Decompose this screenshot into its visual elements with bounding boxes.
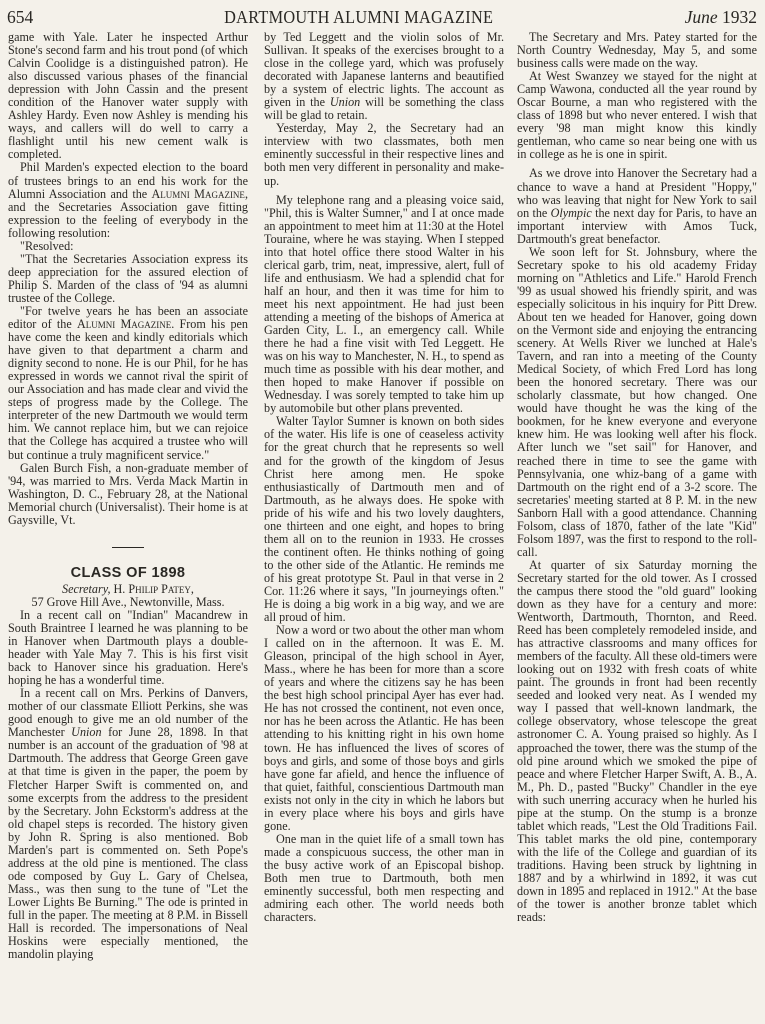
paragraph: As we drove into Hanover the Secretary h… xyxy=(517,167,757,245)
paragraph: game with Yale. Later he inspected Arthu… xyxy=(8,31,248,161)
paragraph: "For twelve years he has been an associa… xyxy=(8,305,248,462)
newspaper-name: Union xyxy=(71,725,101,739)
paragraph: Phil Marden's expected election to the b… xyxy=(8,161,248,239)
secretary-name: H. Philip Patey, xyxy=(114,582,194,596)
newspaper-name: Union xyxy=(330,95,360,109)
column-2: by Ted Leggett and the violin solos of M… xyxy=(264,31,504,924)
issue-date: June 1932 xyxy=(685,7,757,28)
column-1: game with Yale. Later he inspected Arthu… xyxy=(8,31,248,961)
paragraph: "That the Secretaries Association expres… xyxy=(8,253,248,305)
section-divider xyxy=(112,547,144,548)
paragraph: At West Swanzey we stayed for the night … xyxy=(517,70,757,161)
paragraph: At quarter of six Saturday morning the S… xyxy=(517,559,757,924)
paragraph: by Ted Leggett and the violin solos of M… xyxy=(264,31,504,122)
running-header: 654 DARTMOUTH ALUMNI MAGAZINE June 1932 xyxy=(7,2,757,32)
page-number: 654 xyxy=(7,7,33,28)
secretary-line: Secretary, H. Philip Patey, xyxy=(8,583,248,596)
paragraph: In a recent call on Mrs. Perkins of Danv… xyxy=(8,687,248,961)
magazine-name: Alumni Magazine xyxy=(77,317,171,331)
paragraph: My telephone rang and a pleasing voice s… xyxy=(264,194,504,416)
magazine-title: DARTMOUTH ALUMNI MAGAZINE xyxy=(224,7,493,28)
magazine-name: Alumni Magazine xyxy=(152,187,245,201)
secretary-address: 57 Grove Hill Ave., Newtonville, Mass. xyxy=(8,596,248,609)
section-heading: CLASS OF 1898 xyxy=(8,567,248,580)
paragraph: In a recent call on "Indian" Macandrew i… xyxy=(8,609,248,687)
issue-year: 1932 xyxy=(722,7,757,27)
ship-name: Olympic xyxy=(551,206,592,220)
issue-month: June xyxy=(685,7,718,27)
paragraph: We soon left for St. Johnsbury, where th… xyxy=(517,246,757,559)
paragraph: Yesterday, May 2, the Secretary had an i… xyxy=(264,122,504,187)
paragraph: Galen Burch Fish, a non-graduate member … xyxy=(8,462,248,527)
column-3: The Secretary and Mrs. Patey started for… xyxy=(517,31,757,924)
paragraph: Now a word or two about the other man wh… xyxy=(264,624,504,833)
paragraph: "Resolved: xyxy=(8,240,248,253)
paragraph: One man in the quiet life of a small tow… xyxy=(264,833,504,924)
paragraph: Walter Taylor Sumner is known on both si… xyxy=(264,415,504,624)
magazine-page: 654 DARTMOUTH ALUMNI MAGAZINE June 1932 … xyxy=(0,0,765,1024)
paragraph: The Secretary and Mrs. Patey started for… xyxy=(517,31,757,70)
